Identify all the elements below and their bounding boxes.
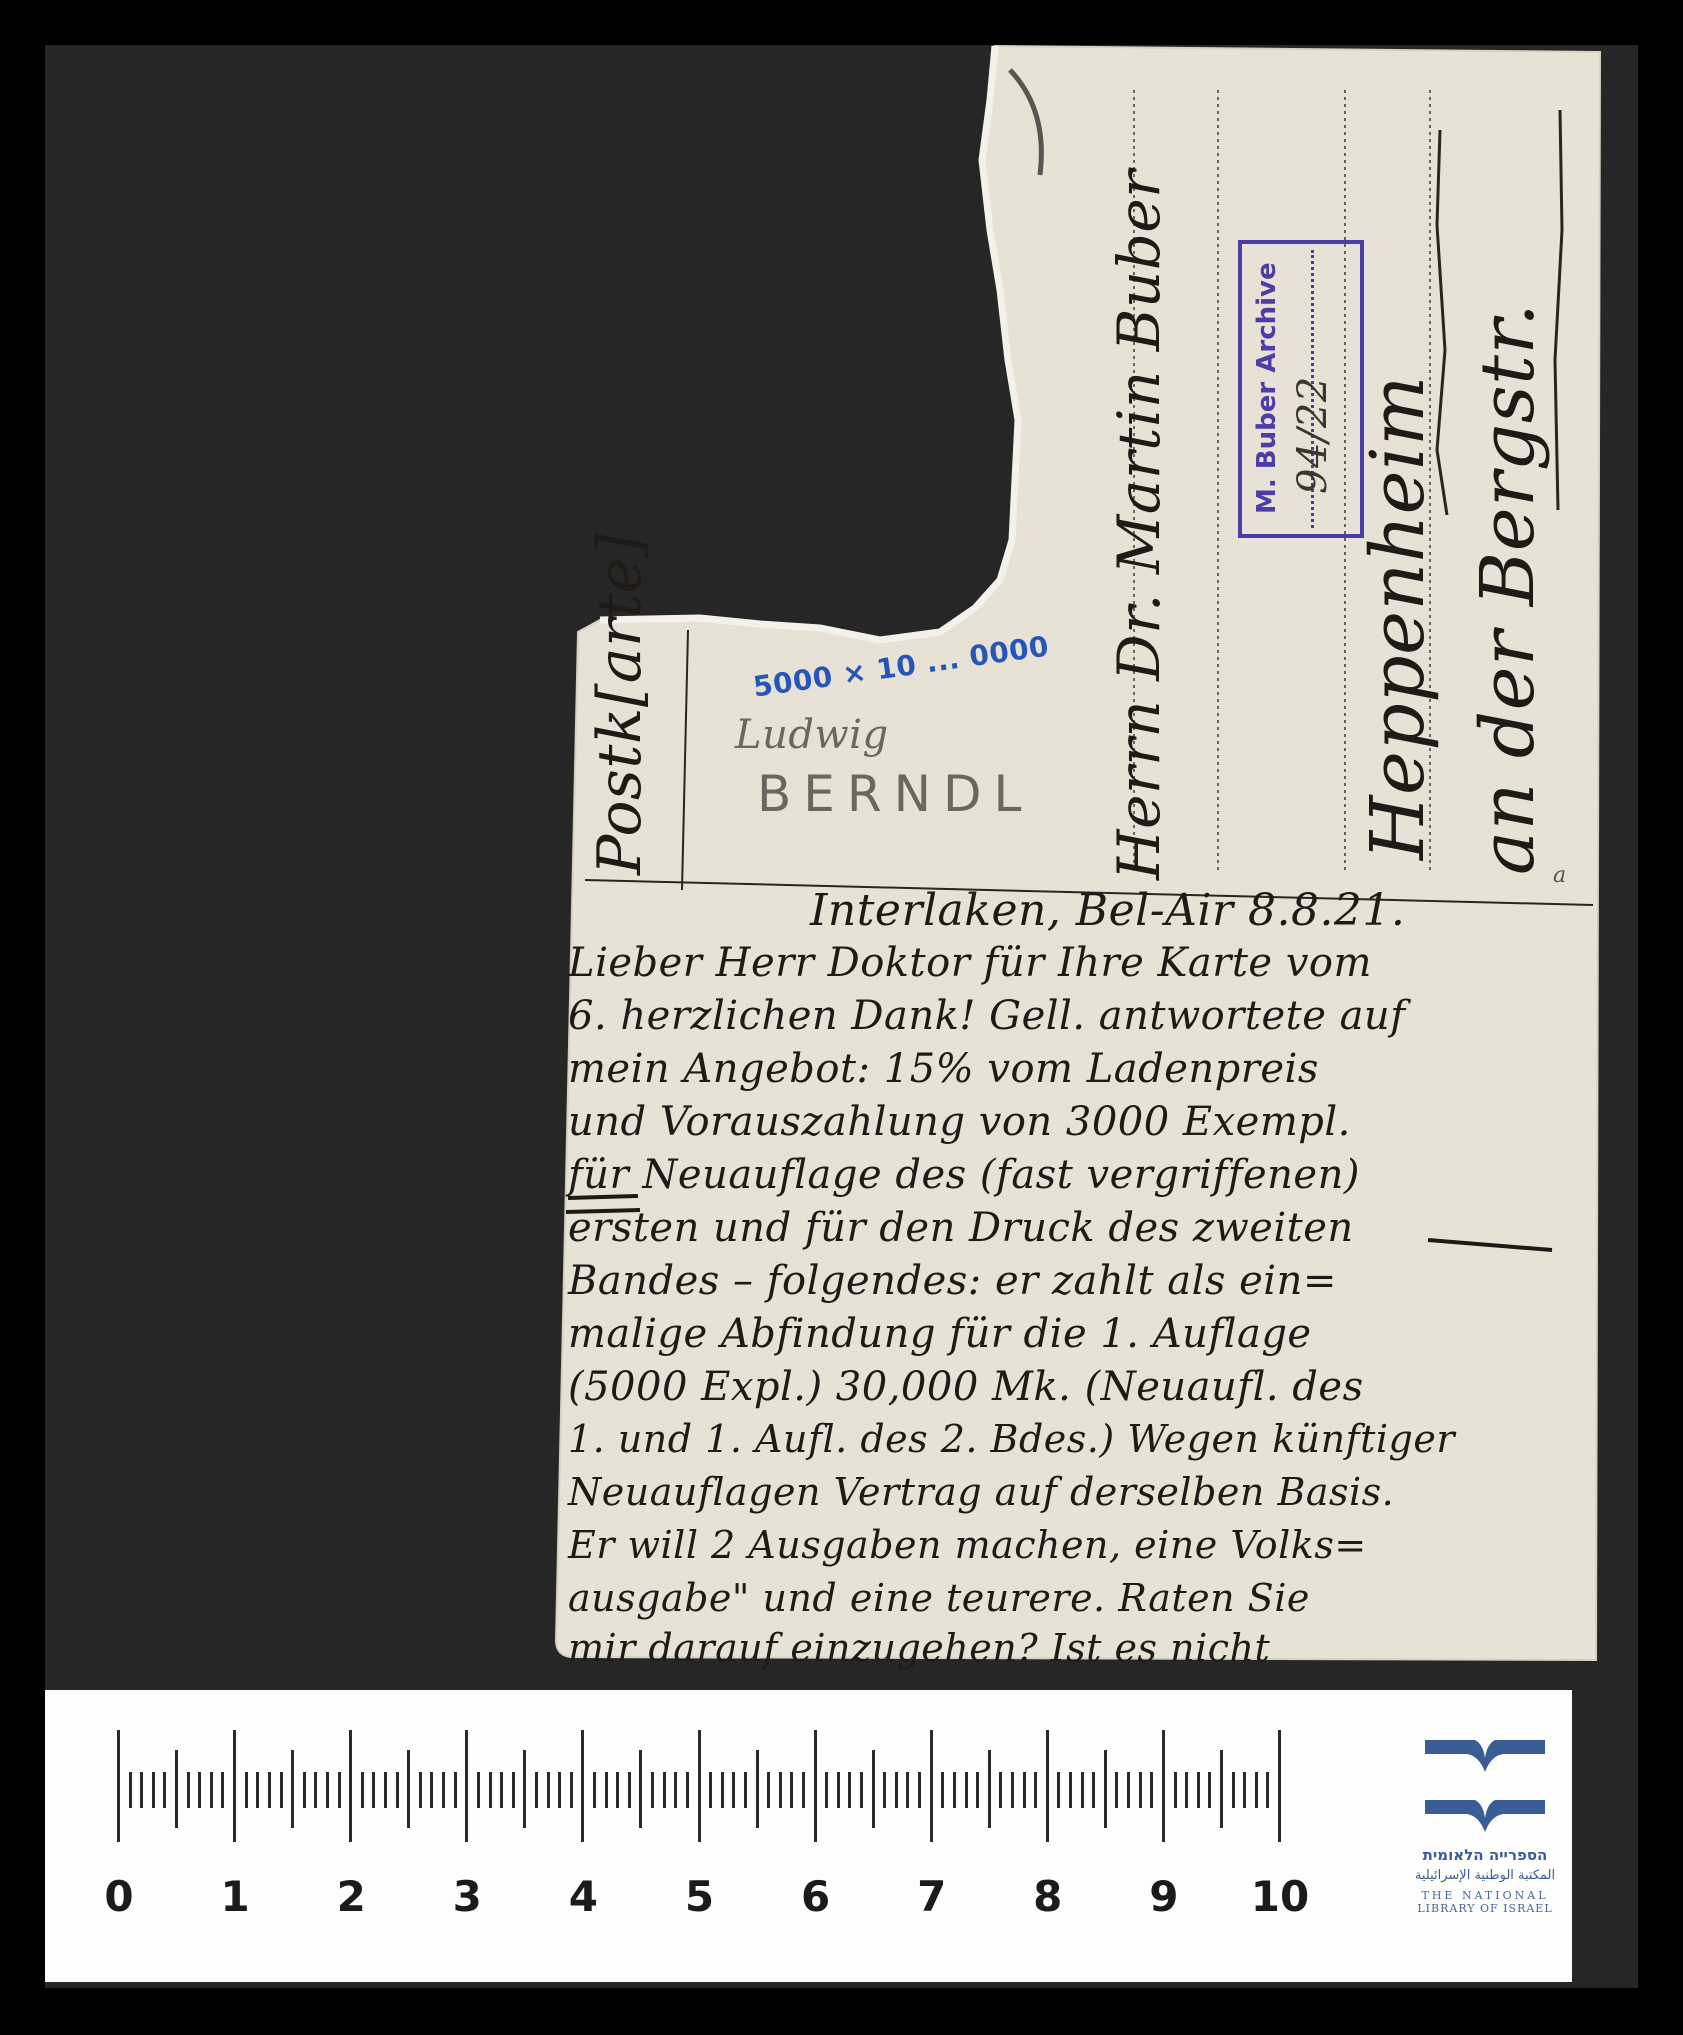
ruler-tick [1034,1772,1037,1808]
ruler-tick [790,1772,793,1808]
ruler-tick [1011,1772,1014,1808]
ruler-tick [221,1772,224,1808]
ruler-tick [338,1772,341,1808]
ruler-tick [744,1772,747,1808]
ruler-label: 5 [685,1872,714,1921]
ruler-tick [1150,1772,1153,1808]
message-line: mein Angebot: 15% vom Ladenpreis [568,1046,1319,1092]
message-line: malige Abfindung für die 1. Auflage [568,1311,1312,1357]
ruler-tick [535,1772,538,1808]
ruler-tick [314,1772,317,1808]
message-line: Lieber Herr Doktor für Ihre Karte vom [568,940,1372,986]
ruler-tick [1081,1772,1084,1808]
archive-stamp-number: 94/22 [1290,376,1336,494]
ruler-tick [686,1772,689,1808]
ruler-tick [802,1772,805,1808]
ruler-tick [1115,1772,1118,1808]
ruler-label: 0 [104,1872,133,1921]
ruler-tick [1185,1772,1188,1808]
ruler-tick [860,1772,863,1808]
address-recipient: Herrn Dr. Martin Buber [1105,170,1173,880]
ruler-tick [1104,1750,1107,1828]
corner-mark: a [1553,863,1567,888]
logo-english-line1: THE NATIONAL [1390,1889,1580,1902]
ruler-tick [152,1772,155,1808]
ruler-tick [349,1730,352,1842]
ruler-tick [825,1772,828,1808]
ruler-tick [999,1772,1002,1808]
archive-stamp: M. Buber Archive 94/22 [1238,240,1364,538]
ruler-tick [1243,1772,1246,1808]
ruler-label: 9 [1149,1872,1178,1921]
ruler-tick [1197,1772,1200,1808]
pencil-last-name: BERNDL [757,765,1033,823]
ruler-tick [465,1730,468,1842]
ruler-tick [187,1772,190,1808]
ruler-tick [175,1750,178,1828]
message-line: Bandes – folgendes: er zahlt als ein= [568,1258,1337,1304]
ruler-tick [280,1772,283,1808]
ruler-tick [1139,1772,1142,1808]
postcard-header: Postk[arte] [585,533,655,875]
ruler-tick [895,1772,898,1808]
ruler-tick [1069,1772,1072,1808]
ruler-tick [1174,1772,1177,1808]
ruler-tick [1127,1772,1130,1808]
ruler-tick [163,1772,166,1808]
ruler-tick [407,1750,410,1828]
ruler-tick [779,1772,782,1808]
message-line: für Neuauflage des (fast vergriffenen) [568,1152,1360,1198]
ruler-label: 4 [569,1872,598,1921]
message-line: 6. herzlichen Dank! Gell. antwortete auf [568,993,1406,1039]
ruler-tick [570,1772,573,1808]
ruler-tick [1220,1750,1223,1828]
address-city: Heppenheim [1355,375,1441,860]
ruler-tick [616,1772,619,1808]
ruler-label: 7 [917,1872,946,1921]
message-line: Neuauflagen Vertrag auf derselben Basis. [568,1470,1394,1514]
ruler-tick [1208,1772,1211,1808]
book-wing-icon [1425,1740,1545,1772]
ruler-tick [454,1772,457,1808]
ruler-tick [256,1772,259,1808]
ruler-label: 10 [1251,1872,1309,1921]
ruler-tick [732,1772,735,1808]
ruler-tick [396,1772,399,1808]
ruler-tick [326,1772,329,1808]
ruler-tick [721,1772,724,1808]
ruler-tick [814,1730,817,1842]
ruler-tick [918,1772,921,1808]
ruler-tick [941,1772,944,1808]
message-line: ausgabe" und eine teurere. Raten Sie [568,1576,1310,1620]
ruler-tick [140,1772,143,1808]
ruler-tick [988,1750,991,1828]
ruler-tick [837,1772,840,1808]
ruler-tick [1057,1772,1060,1808]
ruler-tick [767,1772,770,1808]
ruler-tick [361,1772,364,1808]
ruler-tick [1266,1772,1269,1808]
national-library-logo: הספרייה הלאומית المكتبة الوطنية الإسرائي… [1390,1740,1580,1915]
ruler-tick [558,1772,561,1808]
ruler-tick [965,1772,968,1808]
ruler-tick [442,1772,445,1808]
ruler-tick [198,1772,201,1808]
ruler-tick [663,1772,666,1808]
ruler-tick [628,1772,631,1808]
ruler-label: 6 [801,1872,830,1921]
ruler-tick [1255,1772,1258,1808]
ruler-tick [605,1772,608,1808]
ruler-tick [384,1772,387,1808]
ruler-tick [245,1772,248,1808]
ruler-tick [523,1750,526,1828]
ruler-tick [210,1772,213,1808]
ruler-tick [756,1750,759,1828]
ruler-tick [593,1772,596,1808]
ruler-tick [372,1772,375,1808]
address-street: an der Bergstr. [1465,303,1551,875]
ruler-tick [848,1772,851,1808]
ruler-tick [872,1750,875,1828]
ruler-tick [1278,1730,1281,1842]
ruler-tick [1232,1772,1235,1808]
ruler-tick [547,1772,550,1808]
ruler-label: 8 [1033,1872,1062,1921]
message-place-date: Interlaken, Bel-Air 8.8.21. [810,885,1405,936]
ruler-tick [419,1772,422,1808]
ruler-tick [581,1730,584,1842]
ruler-tick [930,1730,933,1842]
ruler-tick [477,1772,480,1808]
message-line: ersten und für den Druck des zweiten [568,1205,1354,1251]
ruler-tick [953,1772,956,1808]
ruler-tick [906,1772,909,1808]
ruler-tick [512,1772,515,1808]
ruler-tick [674,1772,677,1808]
ruler-tick [651,1772,654,1808]
ruler-label: 1 [220,1872,249,1921]
ruler-tick [500,1772,503,1808]
ruler-tick [709,1772,712,1808]
message-line: Er will 2 Ausgaben machen, eine Volks= [568,1523,1367,1567]
scale-ruler: 012345678910 הספרייה הלאומית المكتبة الو… [45,1690,1572,1982]
ruler-tick [291,1750,294,1828]
ruler-tick [1046,1730,1049,1842]
ruler-tick [1023,1772,1026,1808]
ruler-tick [883,1772,886,1808]
ruler-tick [1162,1730,1165,1842]
archive-stamp-label: M. Buber Archive [1252,262,1282,514]
message-line: (5000 Expl.) 30,000 Mk. (Neuaufl. des [568,1364,1364,1410]
ruler-tick [639,1750,642,1828]
logo-english-line2: LIBRARY OF ISRAEL [1390,1902,1580,1915]
ruler-tick [129,1772,132,1808]
pencil-first-name: Ludwig [735,712,889,758]
book-wing-icon [1425,1800,1545,1832]
logo-arabic-text: المكتبة الوطنية الإسرائيلية [1390,1868,1580,1883]
ruler-tick [489,1772,492,1808]
message-line: 1. und 1. Aufl. des 2. Bdes.) Wegen künf… [568,1417,1455,1461]
ruler-tick [698,1730,701,1842]
ruler-tick [1092,1772,1095,1808]
ruler-tick [430,1772,433,1808]
ruler-tick [117,1730,120,1842]
ruler-tick [233,1730,236,1842]
ruler-label: 2 [337,1872,366,1921]
ruler-tick [303,1772,306,1808]
ruler-tick [976,1772,979,1808]
ruler-label: 3 [453,1872,482,1921]
message-line: mir darauf einzugehen? Ist es nicht [568,1629,1270,1667]
ruler-tick [268,1772,271,1808]
message-line: und Vorauszahlung von 3000 Exempl. [568,1099,1351,1145]
logo-hebrew-text: הספרייה הלאומית [1390,1846,1580,1864]
